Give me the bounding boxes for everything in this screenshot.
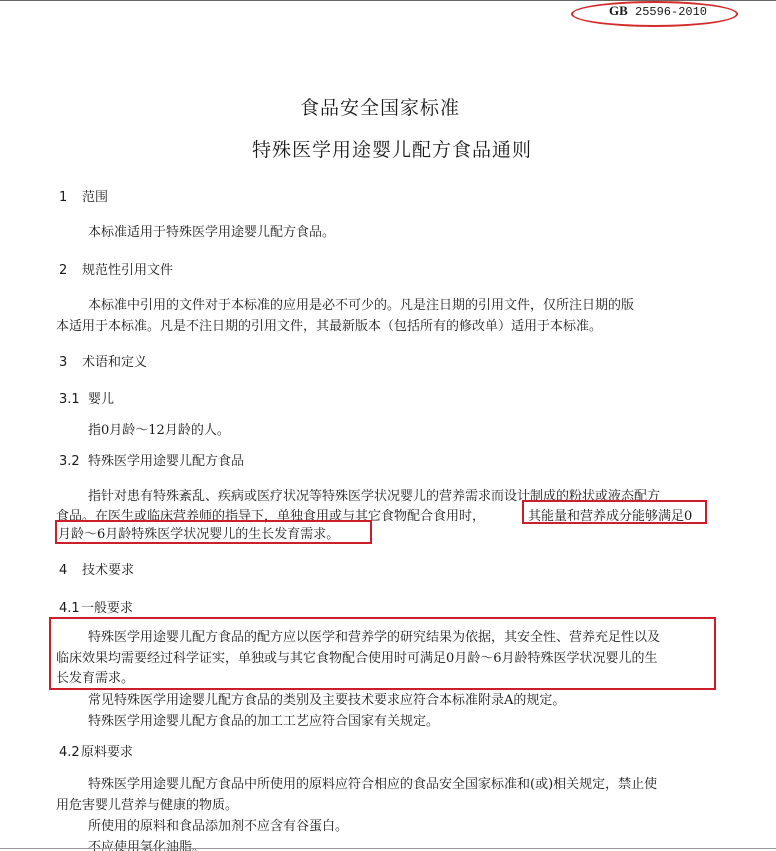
section-title: 婴儿: [88, 392, 114, 407]
highlight-box-energy: [522, 500, 707, 524]
section-number: 3.1: [59, 392, 88, 407]
section-4-2-line-1: 特殊医学用途婴儿配方食品中所使用的原料应符合相应的食品安全国家标准和(或)相关规…: [88, 773, 657, 792]
section-3-1-heading: 3.1婴儿: [59, 388, 114, 407]
section-4-1-line-5: 特殊医学用途婴儿配方食品的加工工艺应符合国家有关规定。: [88, 710, 439, 729]
section-2-heading: 2规范性引用文件: [59, 259, 173, 278]
section-number: 4.2: [59, 745, 81, 760]
bottom-border: [0, 848, 776, 849]
document-title-main: 食品安全国家标准: [0, 93, 768, 120]
section-1-text: 本标准适用于特殊医学用途婴儿配方食品。: [88, 221, 335, 240]
section-title: 术语和定义: [82, 355, 147, 370]
section-3-1-text: 指0月龄～12月龄的人。: [88, 419, 230, 438]
section-3-2-heading: 3.2特殊医学用途婴儿配方食品: [59, 450, 244, 469]
section-title: 特殊医学用途婴儿配方食品: [88, 454, 244, 469]
section-title: 原料要求: [81, 745, 133, 760]
section-4-1-heading: 4.1一般要求: [59, 597, 133, 616]
section-number: 3.2: [59, 454, 88, 469]
section-number: 4: [59, 563, 82, 578]
section-4-2-line-3: 所使用的原料和食品添加剂不应含有谷蛋白。: [88, 815, 348, 834]
section-2-line-2: 本适用于本标准。凡是不注日期的引用文件，其最新版本（包括所有的修改单）适用于本标…: [56, 315, 602, 334]
section-4-1-line-2: 临床效果均需要经过科学证实，单独或与其它食物配合使用时可满足0月龄～6月龄特殊医…: [56, 647, 658, 666]
section-4-heading: 4技术要求: [59, 559, 134, 578]
section-1-heading: 1范围: [59, 186, 108, 205]
section-title: 技术要求: [82, 563, 134, 578]
section-4-2-line-2: 用危害婴儿营养与健康的物质。: [56, 794, 238, 813]
section-4-1-line-3: 长发育需求。: [56, 667, 134, 686]
section-3-heading: 3术语和定义: [59, 351, 147, 370]
section-title: 规范性引用文件: [82, 263, 173, 278]
section-title: 一般要求: [81, 601, 133, 616]
section-title: 范围: [82, 190, 108, 205]
section-4-2-heading: 4.2原料要求: [59, 741, 133, 760]
section-number: 2: [59, 263, 82, 278]
highlight-oval: [571, 1, 738, 27]
section-4-1-line-4: 常见特殊医学用途婴儿配方食品的类别及主要技术要求应符合本标准附录A的规定。: [88, 689, 565, 708]
section-number: 3: [59, 355, 82, 370]
document-title-sub: 特殊医学用途婴儿配方食品通则: [4, 135, 776, 162]
section-number: 1: [59, 190, 82, 205]
section-number: 4.1: [59, 601, 81, 616]
section-2-line-1: 本标准中引用的文件对于本标准的应用是必不可少的。凡是注日期的引用文件，仅所注日期…: [88, 294, 634, 313]
highlight-box-age-range: [55, 520, 372, 544]
section-4-1-line-1: 特殊医学用途婴儿配方食品的配方应以医学和营养学的研究结果为依据，其安全性、营养充…: [88, 626, 660, 645]
